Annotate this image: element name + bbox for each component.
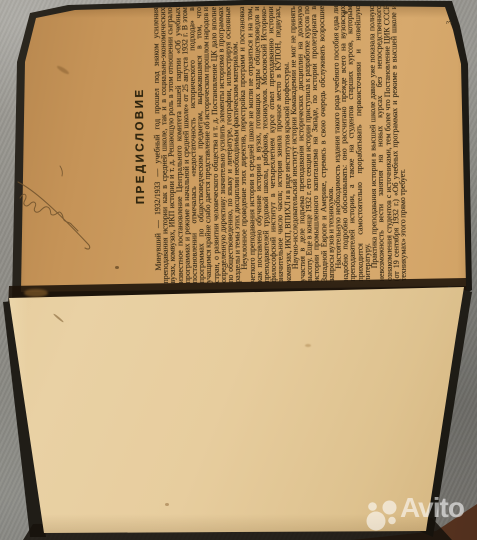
preface-paragraph: Неуклонное проведение этих директив, пер… xyxy=(238,6,291,283)
book-photo: ПРЕДИСЛОВИЕ Минувший — 1932/1933 — учебн… xyxy=(0,0,477,540)
page-stain xyxy=(165,503,169,506)
preface-paragraph: Научно-исследовательский институт истори… xyxy=(289,6,335,282)
avito-logo-icon xyxy=(366,499,400,533)
page-stain xyxy=(305,344,311,347)
avito-watermark-text: Avito xyxy=(400,492,464,524)
preface-title: ПРЕДИСЛОВИЕ xyxy=(133,8,148,284)
preface-paragraph: Минувший — 1932/1933 — учебный год проше… xyxy=(152,7,241,284)
avito-watermark: Avito xyxy=(366,496,472,534)
page-stain xyxy=(115,266,119,269)
preface-paragraph: Настоятельную необходимость издания тако… xyxy=(332,5,371,281)
preface-text-block: ПРЕДИСЛОВИЕ Минувший — 1932/1933 — учебн… xyxy=(118,4,466,284)
preface-paragraph: Практика преподавания истории в высшей ш… xyxy=(368,5,407,281)
handwritten-signature xyxy=(8,140,103,270)
page-stain xyxy=(24,289,48,297)
page-number: 3 xyxy=(444,21,453,25)
